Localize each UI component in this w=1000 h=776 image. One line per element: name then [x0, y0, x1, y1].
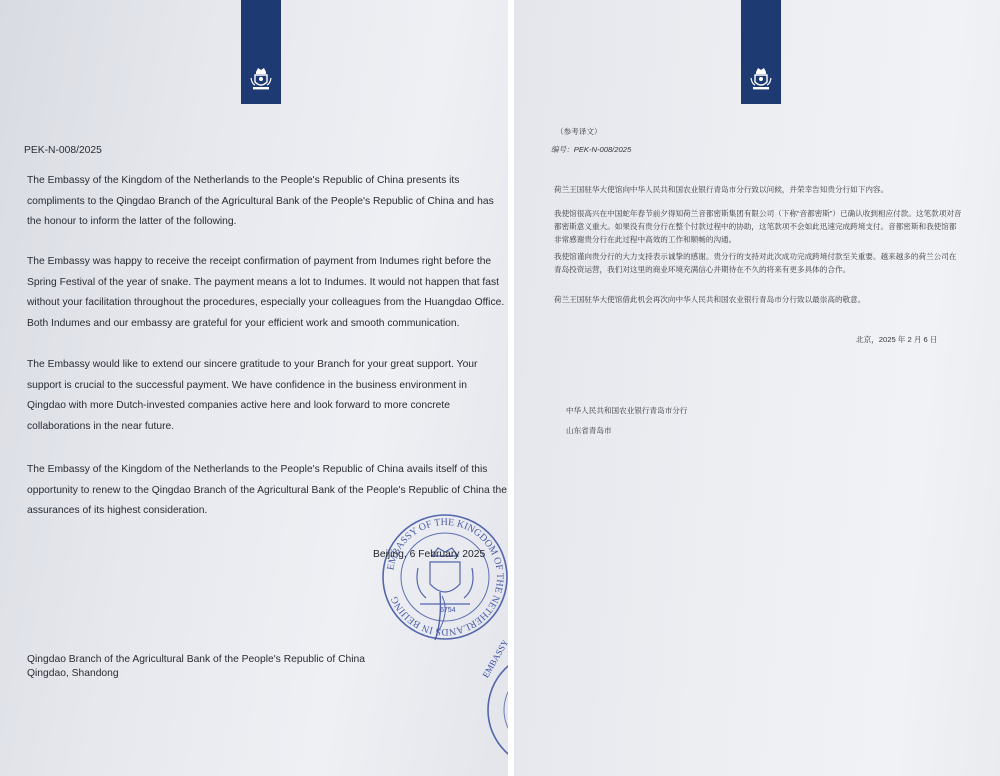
paragraph-payment: 我使馆很高兴在中国蛇年春节前夕得知荷兰音都密斯集团有限公司（下称“音都密斯”）已… — [554, 207, 962, 246]
recipient-location: 山东省青岛市 — [566, 424, 612, 437]
chinese-translation-page: （参考译文） 编号：PEK-N-008/2025 荷兰王国驻华大使馆向中华人民共… — [514, 0, 1000, 776]
reference-number: PEK-N-008/2025 — [24, 141, 102, 162]
place-and-date: Beijing, 6 February 2025 — [373, 545, 485, 566]
reference-number: 编号：PEK-N-008/2025 — [551, 143, 631, 156]
paragraph-payment: The Embassy was happy to receive the rec… — [27, 252, 507, 334]
netherlands-emblem-banner — [241, 0, 281, 104]
paragraph-opening: The Embassy of the Kingdom of the Nether… — [27, 171, 507, 233]
paragraph-closing: 荷兰王国驻华大使馆借此机会再次向中华人民共和国农业银行青岛市分行致以最崇高的敬意… — [554, 293, 962, 306]
paragraph-opening: 荷兰王国驻华大使馆向中华人民共和国农业银行青岛市分行致以问候，并荣幸告知贵分行如… — [554, 183, 962, 196]
svg-text:EMBASSY OF THE KING: EMBASSY OF THE KING — [480, 640, 508, 679]
paragraph-gratitude: The Embassy would like to extend our sin… — [27, 355, 507, 437]
seal-number: 6754 — [440, 607, 456, 614]
recipient-location: Qingdao, Shandong — [27, 664, 119, 685]
partial-seal-stamp: EMBASSY OF THE KING — [468, 640, 508, 770]
seal-ring-text: EMBASSY OF THE KINGDOM OF THE NETHERLAND… — [385, 517, 505, 637]
netherlands-emblem-banner — [741, 0, 781, 104]
recipient-name: 中华人民共和国农业银行青岛市分行 — [566, 404, 688, 417]
embassy-seal-stamp: EMBASSY OF THE KINGDOM OF THE NETHERLAND… — [380, 512, 508, 642]
royal-coat-of-arms-icon — [249, 66, 273, 92]
royal-coat-of-arms-icon — [749, 66, 773, 92]
paragraph-gratitude: 我使馆谨向贵分行的大力支持表示诚挚的感谢。贵分行的支持对此次成功完成跨境付款至关… — [554, 250, 962, 276]
translation-note: （参考译文） — [556, 125, 602, 138]
place-and-date: 北京，2025 年 2 月 6 日 — [856, 333, 937, 346]
svg-text:EMBASSY OF THE KINGDOM OF THE: EMBASSY OF THE KINGDOM OF THE NETHERLAND… — [385, 517, 505, 637]
english-letter-page: PEK-N-008/2025 The Embassy of the Kingdo… — [0, 0, 508, 776]
